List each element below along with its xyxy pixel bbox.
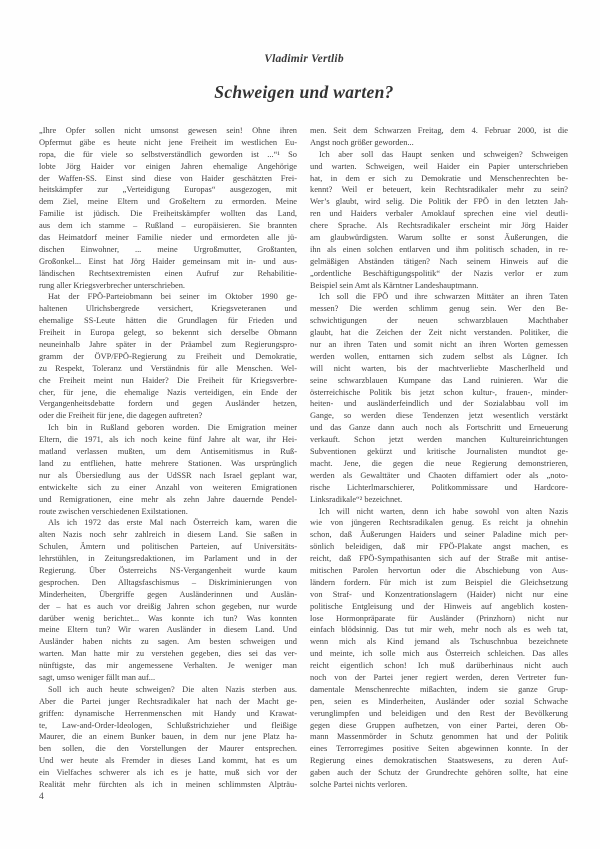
text-line: und Remigrationen, eine mehr als zehn Ja… [39,494,297,506]
text-line: Ich aber soll das Haupt senken und schwe… [310,149,568,161]
text-line: Aber die Partei junger Rechtsradikaler h… [39,696,297,708]
text-line: der Waffen-SS. Einst sind diese von Haid… [39,173,297,185]
text-line: gramm der ÖVP/FPÖ-Regierung zu Freiheit … [39,351,297,363]
text-line: nur an ihren Taten und somit nicht an ih… [310,339,568,351]
text-line: matland verlassen mußten, um dem Antisem… [39,446,297,458]
text-line: Vergangenheitsdebatte fordern und gegen … [39,398,297,410]
text-line: Ich will nicht warten, denn ich habe sow… [310,506,568,518]
text-line: heitskämpfer zur „Verteidigung Europas“ … [39,184,297,196]
text-line: Subventionen gekürzt und kritische Journ… [310,446,568,458]
text-line: Als ich 1972 das erste Mal nach Österrei… [39,517,297,529]
text-line: heiten- und ausländerfeindlich und der S… [310,398,568,410]
text-line: Regierung eines demokratischen Staatswes… [310,755,568,767]
text-line: Gange, so werden diese Tendenzen jetzt w… [310,410,568,422]
text-line: einfach blödsinnig. Das tut mir weh, meh… [310,624,568,636]
text-line: chere Sprache. Als Rechtsradikaler ersch… [310,220,568,232]
paragraph: Ich will nicht warten, denn ich habe sow… [310,506,568,791]
text-line: nünftigste, das mir angemessene Verhalte… [39,660,297,672]
text-line: warten. Man hatte mir zu verstehen gegeb… [39,648,297,660]
paragraph: Ich aber soll das Haupt senken und schwe… [310,149,568,292]
text-line: Beispiel sein Amt als Kärntner Landeshau… [310,280,568,292]
text-line: werden als Gewalttäter und Chaoten diffa… [310,470,568,482]
text-line: ländern fordern. Für mich ist zum Beispi… [310,577,568,589]
text-line: eines Terrorregimes positive Seiten abge… [310,743,568,755]
text-line: hat, in dem er sich zu Demokratie und Me… [310,173,568,185]
text-line: Schulen, Ämtern und politischen Parteien… [39,541,297,553]
text-line: Angst noch größer geworden... [310,137,568,149]
text-line: Regierung. Über Österreichs NS-Vergangen… [39,565,297,577]
text-line: der – hat es auch vor dreißig Jahren sch… [39,601,297,613]
text-line: nur als Übersiedlung aus der UdSSR nach … [39,470,297,482]
text-line: Großonkel... Einst hat Jörg Haider gemei… [39,256,297,268]
text-line: macht. Jene, die gegen die neue Regierun… [310,458,568,470]
text-line: lobte Jörg Haider vor einigen Jahren ehe… [39,161,297,173]
text-line: verunglimpfen und beleidigen und den Res… [310,708,568,720]
text-line: gaben auch der Schutz der Grundrechte ge… [310,767,568,779]
text-line: wenn mich als Kind jemand als Tschuschnb… [310,636,568,648]
text-line: reicht, daß FPÖ-Sympathisanten sich auf … [310,553,568,565]
text-block: „Ihre Opfer sollen nicht umsonst gewesen… [39,125,569,791]
text-line: Ich soll die FPÖ und ihre schwarzen Mitt… [310,291,568,303]
text-line: am glaubwürdigsten. Warum sollte er sons… [310,232,568,244]
paragraph: Als ich 1972 das erste Mal nach Österrei… [39,517,297,683]
text-line: Minderheiten, Übergriffe gegen Ausländer… [39,589,297,601]
text-line: Opfermut gäbe es heute nicht jene Freihe… [39,137,297,149]
page-title: Schweigen und warten? [39,82,569,103]
text-line: sönlich beleidigen, daß mir FPÖ-Plakate … [310,541,568,553]
text-line: Hat der FPÖ-Parteiobmann bei seiner im O… [39,291,297,303]
paragraph: Hat der FPÖ-Parteiobmann bei seiner im O… [39,291,297,422]
text-line: Ausländer haben nichts zu sagen. Am best… [39,636,297,648]
text-column-right: men. Seit dem Schwarzen Freitag, dem 4. … [310,125,568,791]
paragraph: men. Seit dem Schwarzen Freitag, dem 4. … [310,125,568,149]
text-line: mann Massenmörder in Schutz genommen hat… [310,731,568,743]
text-line: dem Ziel, meine Eltern und Großeltern zu… [39,196,297,208]
text-line: Und wer heute als Fremder in dieses Land… [39,755,297,767]
document-page: Vladimir Vertlib Schweigen und warten? „… [0,0,600,849]
text-line: Maurer, die an einem Bunker bauen, in de… [39,731,297,743]
text-line: aus dem ich stamme – Rußland – europäisi… [39,220,297,232]
text-line: ren und Haiders verbaler Amoklauf sprech… [310,208,568,220]
text-line: verkauft. Schon jetzt werden manchen Kul… [310,434,568,446]
text-line: men. Seit dem Schwarzen Freitag, dem 4. … [310,125,568,137]
text-line: „Ihre Opfer sollen nicht umsonst gewesen… [39,125,297,137]
text-line: sagt, umso weniger fällt man auf... [39,672,297,684]
text-line: ehemalige SS-Leute hätten die Grundlagen… [39,315,297,327]
text-line: schwichtigungen der neuen schwarzblauen … [310,315,568,327]
text-line: reicht eigentlich schon! Ich muß darüber… [310,660,568,672]
text-line: will nicht warten, bis der machtverliebt… [310,363,568,375]
text-line: werden wollen, enttarnen sich zudem selb… [310,351,568,363]
text-line: damentale Menschenrechte mißachten, inde… [310,684,568,696]
text-line: „ordentliche Beschäftigungspolitik“ der … [310,268,568,280]
text-line: ropa, die für viele so selbstverständlic… [39,149,297,161]
text-line: Ich bin in Rußland geboren worden. Die E… [39,422,297,434]
text-line: Linksradikale“² bezeichnet. [310,494,568,506]
text-line: ein Vielfaches schwerer als ich es je ha… [39,767,297,779]
text-line: route zwischen verschiedenen Exilstation… [39,506,297,518]
text-line: dischen Einwohner, ... meine Urgroßmutte… [39,244,297,256]
text-line: lehrstühlen, in Zeitungsredaktionen, im … [39,553,297,565]
text-line: rische Lichterlmarschierer, Politkommiss… [310,482,568,494]
text-line: pen, seien es Minderheiten, Ausländer od… [310,696,568,708]
text-line: kennt? Weil er beteuert, kein Rechtsradi… [310,184,568,196]
text-line: Realität mehr fürchten als ich in meinen… [39,779,297,791]
text-line: griffen: dynamische Herrenmenschen mit H… [39,708,297,720]
text-line: che Freiheit meint nun Haider? Die Freih… [39,375,297,387]
text-line: gelmäßigen Abständen tätigen? Nach seine… [310,256,568,268]
text-line: entwickelte sich zu einer Anzahl von wei… [39,482,297,494]
text-line: Freiheit in Europa gelegt, so bekennt si… [39,327,297,339]
paragraph: Soll ich auch heute schweigen? Die alten… [39,684,297,791]
text-line: gesprochen. Den Alltagsfaschismus – Disk… [39,577,297,589]
text-line: ben sollen, die den Vorstellungen der Ma… [39,743,297,755]
text-column-left: „Ihre Opfer sollen nicht umsonst gewesen… [39,125,297,791]
text-line: wie von jüngeren Rechtsradikalen genug. … [310,517,568,529]
text-line: meine Eltern tun? Wir waren Ausländer in… [39,624,297,636]
text-line: noch von der Partei jener regiert werden… [310,672,568,684]
text-line: schon, daß Äußerungen Haiders und seiner… [310,529,568,541]
text-line: österreichische Politik bis jetzt schon … [310,387,568,399]
text-line: rung aller Kriegsverbrecher unterschrieb… [39,280,297,292]
text-line: gegen diese Gruppen aufhetzen, von einer… [310,720,568,732]
text-line: ihn als einen solchen entlarven und ihm … [310,244,568,256]
text-line: cher, für jene, die ehemalige Nazis vert… [39,387,297,399]
text-line: mitischen Parolen hervortun oder die Abs… [310,565,568,577]
text-line: das Heimatdorf meiner Familie nieder und… [39,232,297,244]
author-name: Vladimir Vertlib [39,53,569,65]
text-line: oder die Freiheit für jene, die dagegen … [39,410,297,422]
text-line: zu Respekt, Toleranz und Verständnis für… [39,363,297,375]
text-line: glaubt, hat die Zeichen der Zeit nicht v… [310,327,568,339]
text-line: und meinte, ich solle mich aus Österreic… [310,648,568,660]
text-line: Wer’s glaubt, wird selig. Die Politik de… [310,196,568,208]
text-line: seine schwarzblauen Kumpane das Land rui… [310,375,568,387]
text-line: neuneinhalb Jahre später in der Präambel… [39,339,297,351]
text-line: politische Entgleisung und der Hinweis a… [310,601,568,613]
paragraph: „Ihre Opfer sollen nicht umsonst gewesen… [39,125,297,291]
paragraph: Ich soll die FPÖ und ihre schwarzen Mitt… [310,291,568,505]
text-line: und warten. Schweigen, weil Haider ein P… [310,161,568,173]
text-line: Soll ich auch heute schweigen? Die alten… [39,684,297,696]
text-line: lose Hormonpräparate für Ausländer (Prin… [310,613,568,625]
text-line: land zu entfliehen, hatte mehrere Statio… [39,458,297,470]
text-line: und das Ganze dann auch noch als Fortsch… [310,422,568,434]
text-line: Eltern, die 1971, als ich noch keine fün… [39,434,297,446]
paragraph: Ich bin in Rußland geboren worden. Die E… [39,422,297,517]
text-line: von Straf- und Konzentrationslagern (Hai… [310,589,568,601]
page-number: 4 [39,792,44,802]
text-line: te, Law-and-Order-Ideologen, Schlußstric… [39,720,297,732]
text-line: messen? Die werden schlimm genug sein. W… [310,303,568,315]
text-line: solche Partei nichts verloren. [310,779,568,791]
text-line: ländischen Rechtsextremisten einen Aufru… [39,268,297,280]
text-line: Familie ist jüdisch. Die Freiheitskämpfe… [39,208,297,220]
text-line: haltenen Ulrichsbergrede versichert, Kri… [39,303,297,315]
text-line: alten Nazis noch sehr zahlreich in diese… [39,529,297,541]
text-line: darüber wenig berichtet... Was konnte ic… [39,613,297,625]
